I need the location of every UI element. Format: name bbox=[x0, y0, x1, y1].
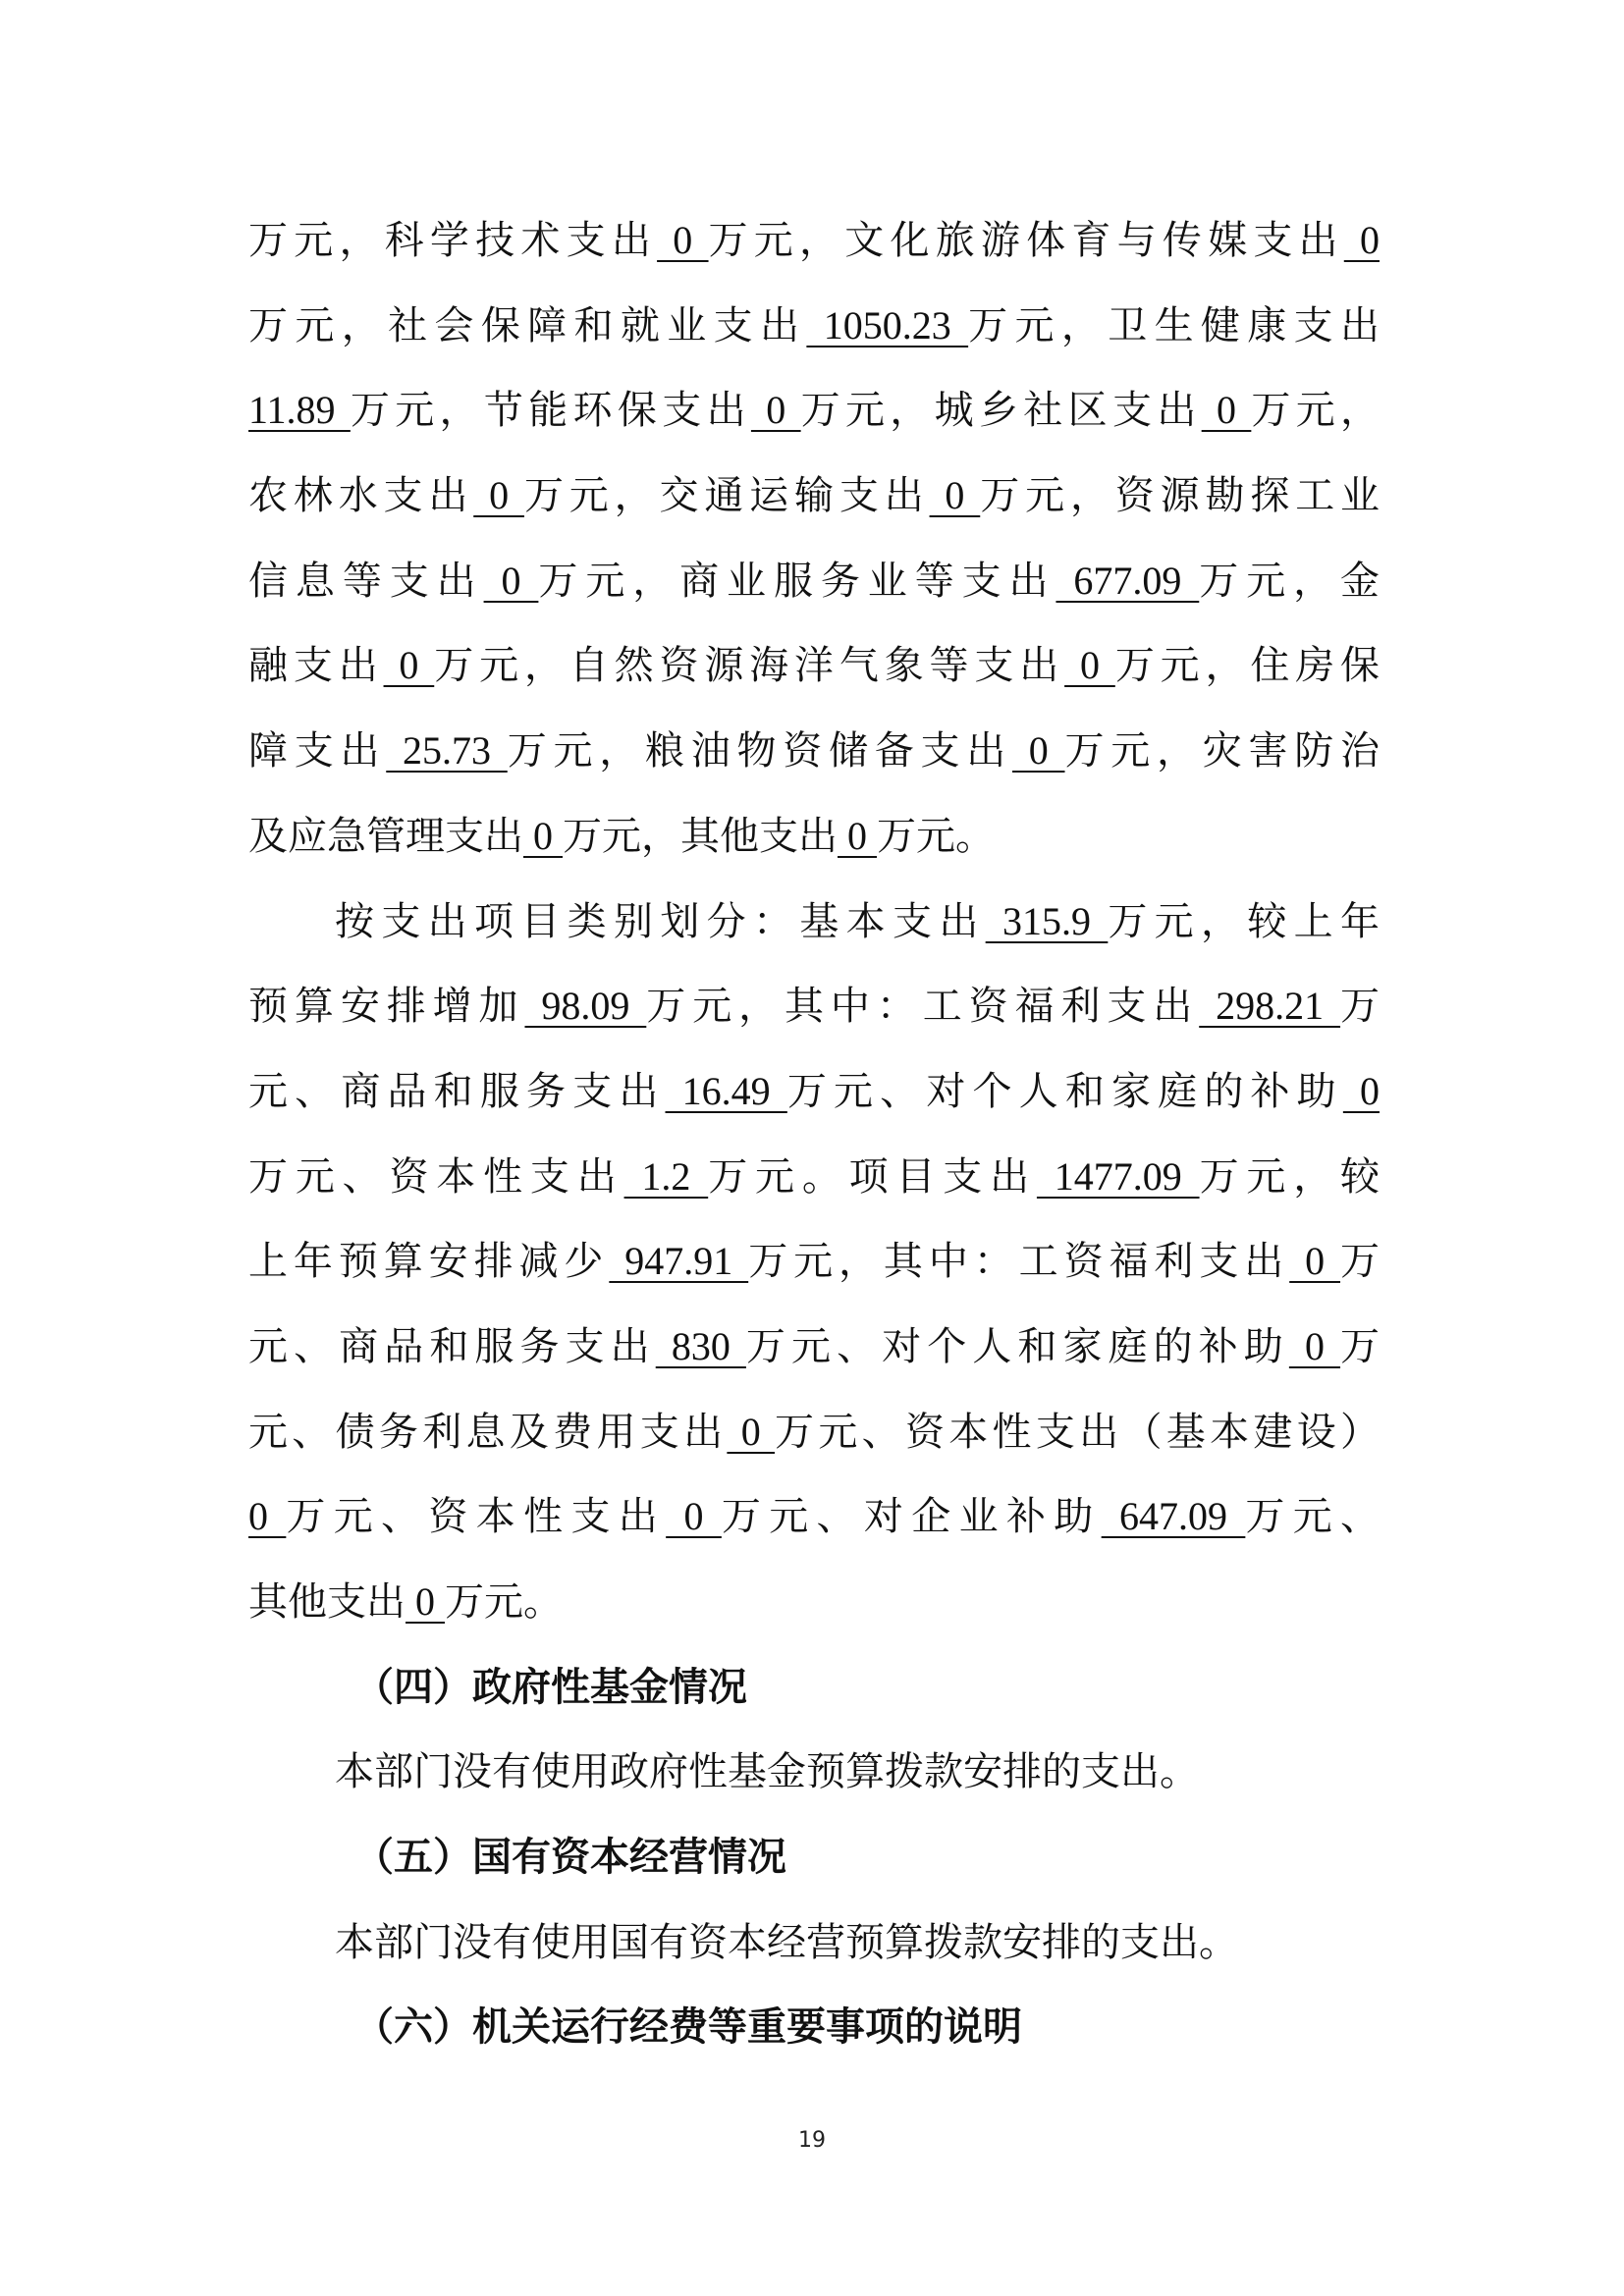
text-run: 万 bbox=[1340, 984, 1380, 1029]
text-run: 元、债务利息及费用支出 bbox=[248, 1410, 727, 1455]
section-heading-state-capital: （五）国有资本经营情况 bbox=[248, 1815, 1380, 1900]
text-line: 万元，社会保障和就业支出 1050.23 万元，卫生健康支出 bbox=[248, 284, 1380, 369]
text-run: 万元、资本性支出 bbox=[248, 1154, 624, 1200]
text-line: 农林水支出 0 万元，交通运输支出 0 万元，资源勘探工业 bbox=[248, 454, 1380, 539]
text-run: 万元、对企业补助 bbox=[722, 1494, 1102, 1539]
underlined-amount: 298.21 bbox=[1199, 984, 1340, 1028]
paragraph-expenditure-by-function: 万元，科学技术支出 0 万元，文化旅游体育与传媒支出 0 万元，社会保障和就业支… bbox=[248, 198, 1380, 880]
underlined-amount: 0 bbox=[666, 1494, 722, 1538]
text-run: 万元，交通运输支出 bbox=[524, 473, 930, 518]
text-run: 万元，其中：工资福利支出 bbox=[646, 984, 1199, 1029]
underlined-amount: 0 bbox=[1202, 388, 1252, 432]
underlined-amount: 0 bbox=[1289, 1324, 1340, 1368]
text-line: 元、商品和服务支出 830 万元、对个人和家庭的补助 0 万 bbox=[248, 1305, 1380, 1390]
text-run: 及应急管理支出 bbox=[248, 814, 523, 859]
underlined-amount: 1477.09 bbox=[1037, 1154, 1200, 1199]
underlined-amount: 0 bbox=[1343, 1069, 1380, 1113]
underlined-amount: 315.9 bbox=[986, 899, 1109, 943]
underlined-amount: 0 bbox=[384, 643, 435, 687]
section-body-state-capital: 本部门没有使用国有资本经营预算拨款安排的支出。 bbox=[248, 1900, 1380, 1986]
text-run: 信息等支出 bbox=[248, 559, 484, 604]
text-run: 万元、对个人和家庭的补助 bbox=[787, 1069, 1343, 1114]
text-line: 上年预算安排减少 947.91 万元，其中：工资福利支出 0 万 bbox=[248, 1219, 1380, 1305]
text-run: 万元，资源勘探工业 bbox=[980, 473, 1380, 518]
text-run: 万元，节能环保支出 bbox=[351, 388, 751, 433]
text-line: 万元、资本性支出 1.2 万元。项目支出 1477.09 万元，较 bbox=[248, 1135, 1380, 1220]
underlined-amount: 0 bbox=[1064, 643, 1115, 687]
text-run: 万元。 bbox=[445, 1579, 563, 1625]
underlined-amount: 1.2 bbox=[624, 1154, 709, 1199]
underlined-amount: 0 bbox=[751, 388, 801, 432]
text-run: 万元，其他支出 bbox=[563, 814, 838, 859]
text-run: 万元，其中：工资福利支出 bbox=[748, 1239, 1289, 1284]
text-run: 万元，金 bbox=[1199, 559, 1380, 604]
paragraph-expenditure-by-category: 按支出项目类别划分：基本支出 315.9 万元，较上年 预算安排增加 98.09… bbox=[248, 880, 1380, 1645]
text-run: 万元， bbox=[1251, 388, 1380, 433]
underlined-amount: 0 bbox=[473, 473, 524, 517]
text-run: 农林水支出 bbox=[248, 473, 473, 518]
underlined-amount: 677.09 bbox=[1056, 559, 1199, 603]
text-run: 万元、 bbox=[1245, 1494, 1380, 1539]
text-line: 其他支出 0 万元。 bbox=[248, 1560, 1380, 1645]
text-line: 万元，科学技术支出 0 万元，文化旅游体育与传媒支出 0 bbox=[248, 198, 1380, 284]
underlined-amount: 16.49 bbox=[666, 1069, 787, 1113]
text-line: 障支出 25.73 万元，粮油物资储备支出 0 万元，灾害防治 bbox=[248, 709, 1380, 794]
underlined-amount: 0 bbox=[657, 218, 708, 262]
underlined-amount: 0 bbox=[248, 1494, 286, 1538]
text-line: 及应急管理支出 0 万元，其他支出 0 万元。 bbox=[248, 794, 1380, 880]
underlined-amount: 947.91 bbox=[609, 1239, 748, 1283]
text-run: 障支出 bbox=[248, 728, 386, 774]
section-body-government-funds: 本部门没有使用政府性基金预算拨款安排的支出。 bbox=[248, 1730, 1380, 1815]
text-run: 万元。项目支出 bbox=[708, 1154, 1037, 1200]
text-run: 万元，商业服务业等支出 bbox=[538, 559, 1056, 604]
text-line: 11.89 万元，节能环保支出 0 万元，城乡社区支出 0 万元， bbox=[248, 368, 1380, 454]
underlined-amount: 0 bbox=[1289, 1239, 1340, 1283]
text-line: 0 万元、资本性支出 0 万元、对企业补助 647.09 万元、 bbox=[248, 1474, 1380, 1560]
text-run: 按支出项目类别划分：基本支出 bbox=[335, 899, 986, 944]
text-line: 按支出项目类别划分：基本支出 315.9 万元，较上年 bbox=[248, 880, 1380, 965]
underlined-amount: 0 bbox=[1012, 728, 1065, 773]
underlined-amount: 25.73 bbox=[386, 728, 508, 773]
text-run: 万元，住房保 bbox=[1115, 643, 1380, 688]
text-run: 其他支出 bbox=[248, 1579, 406, 1625]
underlined-amount: 0 bbox=[484, 559, 539, 603]
page-number: 19 bbox=[0, 2128, 1624, 2153]
text-run: 预算安排增加 bbox=[248, 984, 524, 1029]
underlined-amount: 830 bbox=[656, 1324, 746, 1368]
text-run: 元、商品和服务支出 bbox=[248, 1324, 656, 1369]
text-run: 上年预算安排减少 bbox=[248, 1239, 609, 1284]
text-run: 万 bbox=[1340, 1239, 1380, 1284]
underlined-amount: 1050.23 bbox=[806, 303, 968, 347]
underlined-amount: 0 bbox=[1344, 218, 1380, 262]
underlined-amount: 11.89 bbox=[248, 388, 351, 432]
text-run: 万元，粮油物资储备支出 bbox=[508, 728, 1012, 774]
underlined-amount: 0 bbox=[727, 1410, 775, 1454]
text-run: 万元、资本性支出 bbox=[286, 1494, 666, 1539]
text-run: 万元，社会保障和就业支出 bbox=[248, 303, 806, 348]
text-run: 融支出 bbox=[248, 643, 384, 688]
document-page: 万元，科学技术支出 0 万元，文化旅游体育与传媒支出 0 万元，社会保障和就业支… bbox=[0, 0, 1624, 2296]
text-run: 万元，城乡社区支出 bbox=[801, 388, 1202, 433]
text-run: 元、商品和服务支出 bbox=[248, 1069, 666, 1114]
text-line: 元、商品和服务支出 16.49 万元、对个人和家庭的补助 0 bbox=[248, 1049, 1380, 1135]
underlined-amount: 0 bbox=[930, 473, 981, 517]
underlined-amount: 98.09 bbox=[524, 984, 646, 1028]
document-body: 万元，科学技术支出 0 万元，文化旅游体育与传媒支出 0 万元，社会保障和就业支… bbox=[248, 198, 1380, 2070]
text-run: 万元、对个人和家庭的补助 bbox=[746, 1324, 1289, 1369]
text-run: 万元，卫生健康支出 bbox=[968, 303, 1380, 348]
text-run: 万元，自然资源海洋气象等支出 bbox=[434, 643, 1064, 688]
text-line: 元、债务利息及费用支出 0 万元、资本性支出（基本建设） bbox=[248, 1390, 1380, 1475]
underlined-amount: 0 bbox=[838, 814, 877, 858]
text-run: 万元，科学技术支出 bbox=[248, 218, 657, 263]
underlined-amount: 0 bbox=[406, 1579, 445, 1624]
section-heading-government-funds: （四）政府性基金情况 bbox=[248, 1645, 1380, 1731]
section-heading-operating-expenses: （六）机关运行经费等重要事项的说明 bbox=[248, 1985, 1380, 2070]
text-run: 万元，较 bbox=[1200, 1154, 1380, 1200]
text-run: 万元。 bbox=[877, 814, 995, 859]
underlined-amount: 647.09 bbox=[1102, 1494, 1246, 1538]
text-run: 万元，灾害防治 bbox=[1065, 728, 1380, 774]
text-run: 万 bbox=[1340, 1324, 1380, 1369]
text-line: 信息等支出 0 万元，商业服务业等支出 677.09 万元，金 bbox=[248, 539, 1380, 624]
text-run: 万元、资本性支出（基本建设） bbox=[775, 1410, 1380, 1455]
text-run: 万元，较上年 bbox=[1108, 899, 1380, 944]
underlined-amount: 0 bbox=[523, 814, 563, 858]
text-line: 融支出 0 万元，自然资源海洋气象等支出 0 万元，住房保 bbox=[248, 623, 1380, 709]
text-run: 万元，文化旅游体育与传媒支出 bbox=[709, 218, 1344, 263]
text-line: 预算安排增加 98.09 万元，其中：工资福利支出 298.21 万 bbox=[248, 964, 1380, 1049]
